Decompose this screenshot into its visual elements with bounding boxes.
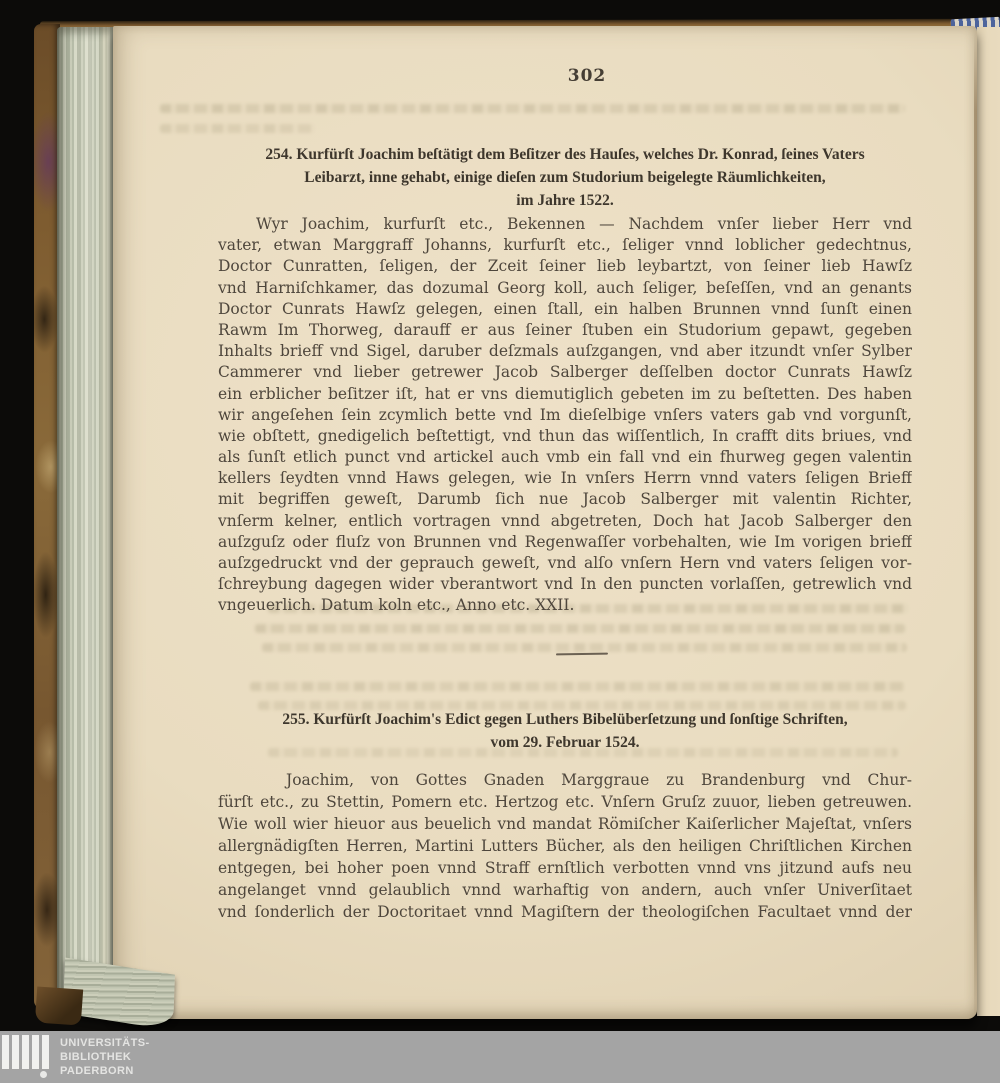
section-254-heading: 254. Kurfürſt Joachim beſtätigt dem Beſi…: [200, 143, 930, 212]
text-line: kellers ſeydten vnnd Haws gelegen, wie I…: [218, 468, 912, 489]
heading-line: im Jahre 1522.: [200, 189, 930, 212]
text-line: ein erblicher beſitzer iſt, hat er vns d…: [218, 384, 912, 405]
heading-line: 254. Kurfürſt Joachim beſtätigt dem Beſi…: [200, 143, 930, 166]
section-254-body: Wyr Joachim, kurfurſt etc., Bekennen — N…: [218, 214, 912, 617]
text-line: entgegen, bei hoher poen vnnd Straff ern…: [218, 857, 912, 879]
book-scan-view: 302 254. Kurfürſt Joachim beſtätigt dem …: [0, 0, 1000, 1083]
logo-bar: [42, 1035, 49, 1069]
heading-line: Leibarzt, inne gehabt, einige dieſen zum…: [200, 166, 930, 189]
library-watermark-band: UNIVERSITÄTS- BIBLIOTHEK PADERBORN: [0, 1031, 1000, 1083]
library-name-line: BIBLIOTHEK: [60, 1050, 150, 1064]
page-number: 302: [240, 66, 934, 86]
text-line: vnd Harniſchkamer, das dozumal Georg kol…: [218, 278, 912, 299]
bleed-through-line: [160, 124, 315, 133]
bleed-through-line: [262, 643, 907, 652]
text-line: vater, etwan Marggraff Johanns, kurfurſt…: [218, 235, 912, 256]
text-line: vnſerm kelner, entlich vortragen vnnd ab…: [218, 511, 912, 532]
gutter-crease: [974, 32, 977, 1014]
library-name-line: PADERBORN: [60, 1064, 150, 1078]
text-line: Wie woll wier hieuor aus beuelich vnd ma…: [218, 813, 912, 835]
logo-bar: [2, 1035, 9, 1069]
text-line: Doctor Cunratten, ſeligen, der Zceit ſei…: [218, 256, 912, 277]
heading-line: vom 29. Februar 1524.: [200, 731, 930, 754]
text-line: auſzguſz oder fluſz von Brunnen vnd Rege…: [218, 532, 912, 553]
text-line: fürſt etc., zu Stettin, Pomern etc. Hert…: [218, 791, 912, 813]
heading-line: 255. Kurfürſt Joachim's Edict gegen Luth…: [200, 708, 930, 731]
section-255-body: Joachim, von Gottes Gnaden Marggraue zu …: [218, 769, 912, 923]
bleed-through-line: [255, 624, 905, 633]
text-line: vngeuerlich. Datum koln etc., Anno etc. …: [218, 595, 912, 616]
text-line: wie obſtett, gnedigelich beſtettigt, vnd…: [218, 426, 912, 447]
text-line: vnd ſonderlich der Doctoritaet vnnd Magi…: [218, 901, 912, 923]
text-line: als ſunſt etlich punct vnd artickel auch…: [218, 447, 912, 468]
text-line: auſzgedruckt vnd der geprauch geweſt, vn…: [218, 553, 912, 574]
text-line: ſchreybung dagegen wider vberantwort vnd…: [218, 574, 912, 595]
text-line: allergnädigſten Herren, Martini Lutters …: [218, 835, 912, 857]
page-edge-stack: [57, 27, 115, 1009]
bleed-through-line: [250, 682, 905, 691]
gutter-page: [977, 27, 1000, 1016]
text-line: Cammerer vnd lieber getrewer Jacob Salbe…: [218, 362, 912, 383]
logo-dot: [40, 1071, 47, 1078]
section-255-heading: 255. Kurfürſt Joachim's Edict gegen Luth…: [200, 708, 930, 754]
text-line: Doctor Cunrats Hawſz gelegen, einen ſtal…: [218, 299, 912, 320]
logo-bar: [32, 1035, 39, 1069]
bottom-cover-corner: [35, 986, 83, 1025]
text-line: Wyr Joachim, kurfurſt etc., Bekennen — N…: [218, 214, 912, 235]
bleed-through-line: [160, 104, 905, 113]
library-name: UNIVERSITÄTS- BIBLIOTHEK PADERBORN: [60, 1036, 150, 1078]
logo-bar: [22, 1035, 29, 1069]
text-line: angelanget vnnd gelaublich vnnd warhafti…: [218, 879, 912, 901]
text-line: Joachim, von Gottes Gnaden Marggraue zu …: [218, 769, 912, 791]
logo-bar: [12, 1035, 19, 1069]
text-line: wir angeſehen ſein zcymlich bette vnd Im…: [218, 405, 912, 426]
text-line: mit begriffen geweſt, Darumb ſich nue Ja…: [218, 489, 912, 510]
ub-paderborn-logo-icon: [2, 1035, 54, 1081]
text-line: Inhalts brieff vnd Sigel, daruber deſzma…: [218, 341, 912, 362]
library-name-line: UNIVERSITÄTS-: [60, 1036, 150, 1050]
text-line: Rawm Im Thorweg, darauff er aus ſeiner ſ…: [218, 320, 912, 341]
